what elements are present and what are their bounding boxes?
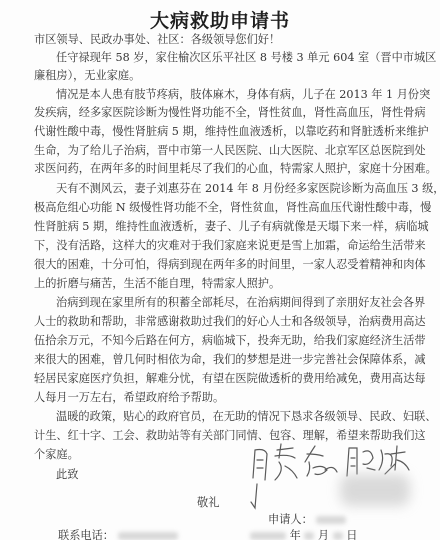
paragraph-2-line-2: 发疾病，经多家医院诊断为慢性肾功能不全，肾性贫血，肾性高血压，肾性骨病 [34,104,406,122]
document-title: 大病救助申请书 [0,6,440,33]
redacted-day [333,532,343,540]
scanned-document-page: 大病救助申请书 市区领导、民政办事处、社区：各级领导您们好！ 任守禄现年 58 … [0,0,440,540]
paragraph-3-line-5: 很大的困难，十分可怕，得病到现在两年多的时间里，一家人忍受着精神和肉体 [34,256,406,274]
date-line: 年 月 日 [250,527,357,540]
paragraph-2-line-3: 代谢性酸中毒，慢性肾脏病 5 期，维持性血液透析，以靠吃药和肾脏透析来维护 [34,123,406,141]
paragraph-1-line-2: 廉租房），无业家庭。 [34,67,406,85]
closing-cizhi: 此致 [56,466,78,482]
year-suffix: 年 [290,529,301,540]
redacted-stamp [340,474,410,506]
paragraph-3-line-4: 下，没有活路，这样大的灾难对于我们家庭来说更是雪上加霜，命运给生活带来 [34,237,406,255]
paragraph-2-line-5: 求医问药，在两年多的时间里耗尽了我们的心血，特需家人照护，家庭十分困难。 [34,160,406,178]
salutation: 市区领导、民政办事处、社区：各级领导您们好！ [34,31,406,49]
paragraph-3-line-3: 性肾脏病 5 期，维持性血液透析，妻子、儿子有病就像是天塌下来一样，病临城 [34,218,406,236]
paragraph-3-line-2: 极高危组心功能 N 级慢性肾功能不全，肾性贫血，肾性高血压代谢性酸中毒，慢 [34,199,406,217]
paragraph-4-line-1: 治病到现在家里所有的积蓄全部耗尽，在治病期间得到了亲朋好友社会各界 [56,294,406,312]
redacted-year [250,532,286,540]
applicant-label: 申请人： [268,513,313,526]
day-suffix: 日 [346,529,357,540]
paragraph-4-line-3: 伍拾余万元，不知今后路在何方，病临城下，投奔无助，给我们家庭经济生活带 [34,332,406,350]
paragraph-4-line-5: 轻居民家庭医疗负担，解难分忧，有望在医院做透析的费用给减免，费用高达每 [34,370,406,388]
redacted-phone-number [118,532,178,540]
phone-line: 联系电话： [58,527,178,540]
phone-label: 联系电话： [58,529,114,540]
month-suffix: 月 [318,529,329,540]
closing-jingli: 敬礼 [197,494,219,510]
redacted-applicant-name [316,516,346,524]
paragraph-3-line-1: 天有不测风云，妻子刘惠芬在 2014 年 8 月份经多家医院诊断为高血压 3 级… [56,180,406,198]
paragraph-4-line-4: 来很大的困难，曾几何时相依为命，我们的梦想是进一步完善社会保障体系，减 [34,351,406,369]
paragraph-4-line-2: 人士的救助和帮助，非常感谢救助过我们的好心人士和各级领导，治病费用高达 [34,313,406,331]
redacted-month [304,532,314,540]
applicant-line: 申请人： [268,511,346,527]
paragraph-5-line-1: 温暖的政策，贴心的政府官员，在无助的情况下恳求各级领导、民政、妇联、 [56,408,406,426]
paragraph-2-line-4: 生命，为了给儿子治病，晋中市第一人民医院、山大医院、北京军区总医院到处 [34,142,406,160]
paragraph-4-line-6: 人每月一万左右，希望政府给予帮助。 [34,389,406,407]
paragraph-2-line-1: 情况是本人患有肢节疼病，肢体麻木，身体有病，儿子在 2013 年 1 月份突 [56,86,406,104]
paragraph-3-line-6: 上的折磨与痛苦，生活不能自理，特需家人照护。 [34,275,406,293]
paragraph-1-line-1: 任守禄现年 58 岁，家住榆次区乐平社区 8 号楼 3 单元 604 室（晋中市… [56,49,406,67]
